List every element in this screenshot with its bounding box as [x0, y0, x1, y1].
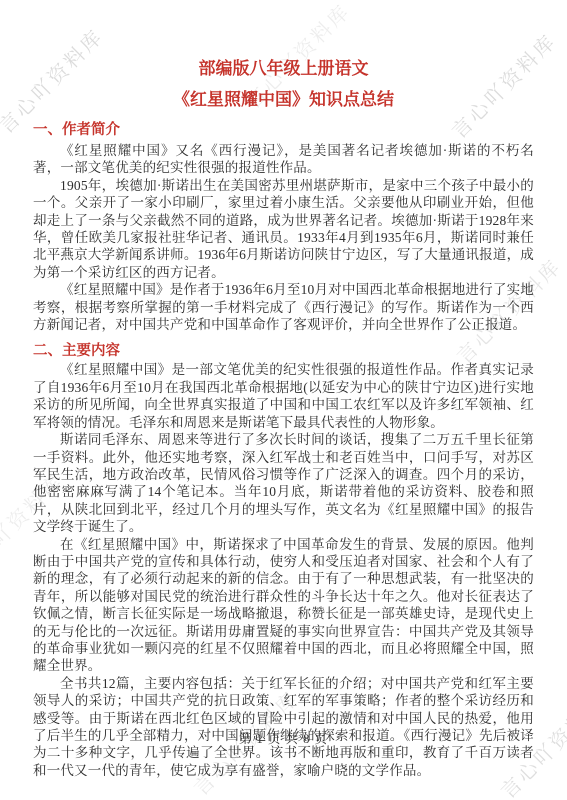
doc-title-book: 《红星照耀中国》知识点总结 — [33, 89, 534, 111]
paragraph: 《红星照耀中国》是一部文笔优美的纪实性很强的报道性作品。作者真实记录了自1936… — [33, 361, 534, 431]
paragraph: 1905年，埃德加·斯诺出生在美国密苏里州堪萨斯市，是家中三个孩子中最小的一个。… — [33, 177, 534, 281]
document-content: 部编版八年级上册语文 《红星照耀中国》知识点总结 一、作者简介 《红星照耀中国》… — [0, 0, 567, 779]
page-number: 第 1 页 共 8 页 — [0, 729, 567, 747]
paragraph: 《红星照耀中国》又名《西行漫记》，是美国著名记者埃德加·斯诺的不朽名著，一部文笔… — [33, 140, 534, 177]
paragraph: 斯诺同毛泽东、周恩来等进行了多次长时间的谈话，搜集了二万五千里长征第一手资料。此… — [33, 431, 534, 535]
section-heading-main-content: 二、主要内容 — [33, 333, 534, 361]
paragraph: 在《红星照耀中国》中，斯诺探求了中国革命发生的背景、发展的原因。他判断由于中国共… — [33, 536, 534, 675]
doc-title-course: 部编版八年级上册语文 — [33, 58, 534, 80]
section-heading-author-intro: 一、作者简介 — [33, 111, 534, 140]
paragraph: 全书共12篇，主要内容包括：关于红军长征的介绍；对中国共产党和红军主要领导人的采… — [33, 675, 534, 779]
paragraph: 《红星照耀中国》是作者于1936年6月至10月对中国西北革命根据地进行了实地考察… — [33, 281, 534, 333]
document-page: 言心吖资料库 言心吖资料库 言心吖资料库 言心吖资料库 言心吖资料库 言心吖资料… — [0, 0, 567, 800]
